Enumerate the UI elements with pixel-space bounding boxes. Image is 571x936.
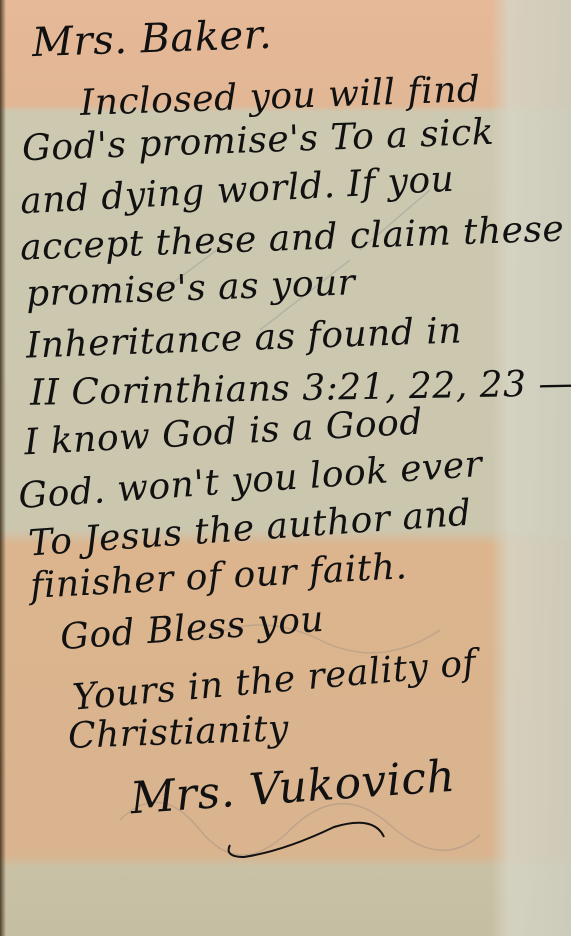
paper-light-strip: [491, 0, 571, 936]
salutation: Mrs. Baker.: [31, 12, 273, 66]
signature-flourish: [220, 815, 400, 865]
closing-line: Christianity: [67, 708, 289, 757]
